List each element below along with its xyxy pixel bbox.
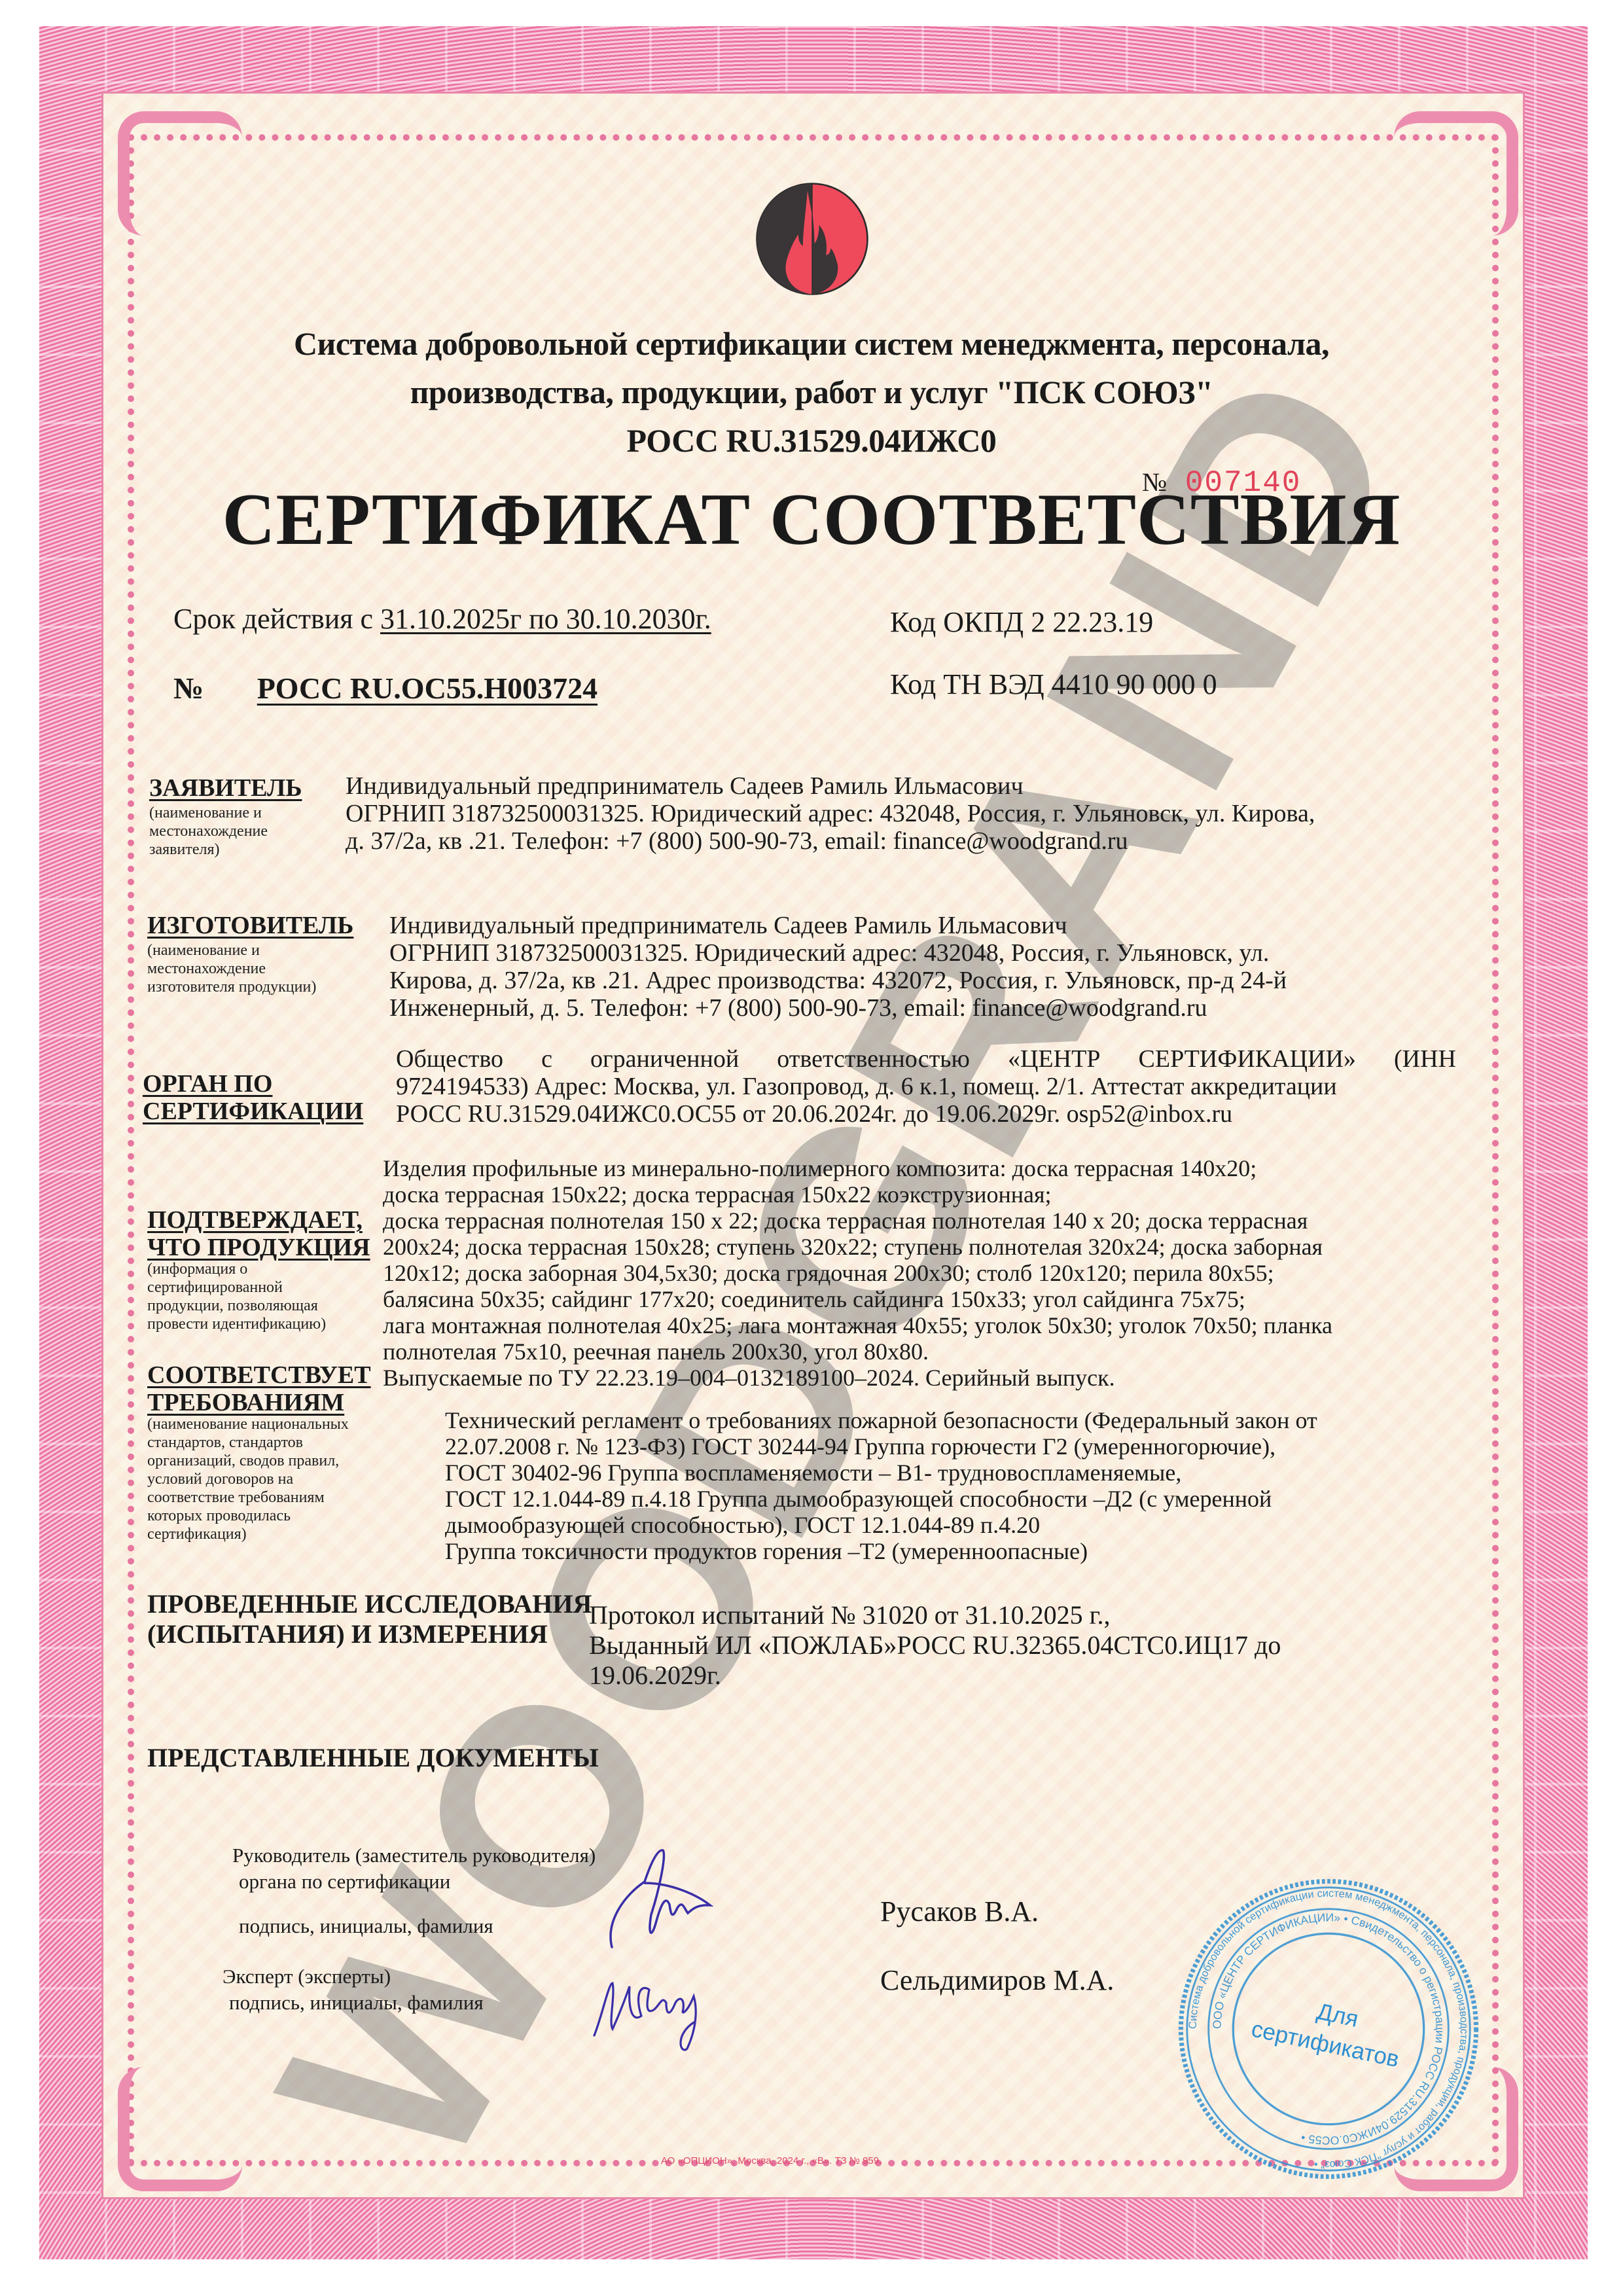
product-label: ПОДТВЕРЖДАЕТ, ЧТО ПРОДУКЦИЯ — [147, 1206, 370, 1261]
label-line: (ИСПЫТАНИЯ) И ИЗМЕРЕНИЯ — [147, 1619, 592, 1649]
sig-label-line: Руководитель (заместитель руководителя) — [232, 1842, 596, 1869]
manufacturer-label: ИЗГОТОВИТЕЛЬ — [147, 912, 353, 939]
svg-text:ООО «ЦЕНТР СЕРТИФИКАЦИИ» • Сви: ООО «ЦЕНТР СЕРТИФИКАЦИИ» • Свидетельство… — [1210, 1910, 1446, 2147]
svg-text:Система добровольной сертифика: Система добровольной сертификации систем… — [1187, 1888, 1470, 2170]
org-line-1: Система добровольной сертификации систем… — [196, 319, 1427, 368]
label-line: СЕРТИФИКАЦИИ — [143, 1098, 363, 1125]
manufacturer-sublabel: (наименование и местонахождение изготови… — [147, 941, 316, 996]
validity-dates: 31.10.2025г по 30.10.2030г. — [380, 603, 711, 635]
product-line: 200х24; доска террасная 150х28; ступень … — [383, 1234, 1482, 1260]
requirements-line: 22.07.2008 г. № 123-ФЗ) ГОСТ 30244-94 Гр… — [445, 1433, 1466, 1460]
expert-signature — [589, 1957, 726, 2055]
sublabel-line: (информация о — [147, 1260, 326, 1278]
cert-body-label: ОРГАН ПО СЕРТИФИКАЦИИ — [143, 1070, 363, 1125]
applicant-details: Индивидуальный предприниматель Садеев Ра… — [346, 772, 1458, 855]
validity-prefix: Срок действия с — [173, 603, 373, 635]
head-signature — [586, 1842, 717, 1954]
documents-label: ПРЕДСТАВЛЕННЫЕ ДОКУМЕНТЫ — [147, 1744, 599, 1772]
sublabel-line: изготовителя продукции) — [147, 978, 316, 996]
requirements-line: ГОСТ 30402-96 Группа воспламеняемости – … — [445, 1460, 1466, 1486]
applicant-label: ЗАЯВИТЕЛЬ — [149, 774, 302, 802]
tnved-code: Код ТН ВЭД 4410 90 000 0 — [890, 668, 1217, 701]
stamp-center-line-1: Для — [1315, 1999, 1361, 2032]
label-line: ОРГАН ПО — [143, 1070, 363, 1098]
tests-details: Протокол испытаний № 31020 от 31.10.2025… — [589, 1600, 1472, 1691]
head-name: Русаков В.А. — [880, 1895, 1039, 1928]
sublabel-line: стандартов, стандартов — [147, 1433, 349, 1452]
head-signature-label: Руководитель (заместитель руководителя) … — [232, 1842, 596, 1939]
page-title: СЕРТИФИКАТ СООТВЕТСТВИЯ — [183, 478, 1440, 562]
product-description: Изделия профильные из минерально-полимер… — [383, 1155, 1482, 1391]
requirements-line: ГОСТ 12.1.044-89 п.4.18 Группа дымообраз… — [445, 1486, 1466, 1512]
validity-period: Срок действия с 31.10.2025г по 30.10.203… — [173, 602, 711, 636]
sublabel-line: заявителя) — [149, 840, 268, 859]
okpd-code: Код ОКПД 2 22.23.19 — [890, 605, 1153, 639]
tests-line: 19.06.2029г. — [589, 1660, 1472, 1691]
sig-label-line: Эксперт (эксперты) — [223, 1964, 484, 1990]
sublabel-line: местонахождение — [149, 822, 268, 840]
product-line: лага монтажная полнотелая 40х25; лага мо… — [383, 1312, 1482, 1338]
certificate-number-prefix: № — [173, 672, 204, 705]
sig-label-line: органа по сертификации — [239, 1869, 596, 1895]
label-line: СООТВЕТСТВУЕТ — [147, 1361, 371, 1389]
expert-signature-label: Эксперт (эксперты) подпись, инициалы, фа… — [223, 1964, 484, 2016]
sublabel-line: сертификация) — [147, 1525, 349, 1543]
sublabel-line: продукции, позволяющая — [147, 1297, 326, 1315]
manufacturer-line: Индивидуальный предприниматель Садеев Ра… — [389, 912, 1469, 939]
label-line: ЧТО ПРОДУКЦИЯ — [147, 1234, 370, 1261]
expert-name: Сельдимиров М.А. — [880, 1964, 1114, 1997]
cert-body-line: Общество с ограниченной ответственностью… — [396, 1045, 1456, 1073]
sublabel-line: которых проводилась — [147, 1507, 349, 1525]
sublabel-line: (наименование национальных — [147, 1415, 349, 1433]
manufacturer-line: ОГРНИП 318732500031325. Юридический адре… — [389, 939, 1469, 967]
sublabel-line: местонахождение — [147, 960, 316, 978]
product-line: доска террасная полнотелая 150 х 22; дос… — [383, 1208, 1482, 1234]
tests-line: Протокол испытаний № 31020 от 31.10.2025… — [589, 1600, 1472, 1630]
sig-label-line: подпись, инициалы, фамилия — [239, 1913, 596, 1939]
certification-system-header: Система добровольной сертификации систем… — [196, 319, 1427, 465]
certificate-number-value: РОСС RU.OC55.H003724 — [257, 672, 597, 705]
tests-line: Выданный ИЛ «ПОЖЛАБ»РОСС RU.32365.04СТС0… — [589, 1630, 1472, 1660]
sublabel-line: условий договоров на — [147, 1470, 349, 1488]
tests-label: ПРОВЕДЕННЫЕ ИССЛЕДОВАНИЯ (ИСПЫТАНИЯ) И И… — [147, 1589, 592, 1649]
label-line: ТРЕБОВАНИЯМ — [147, 1389, 371, 1416]
cert-body-details: Общество с ограниченной ответственностью… — [396, 1045, 1456, 1128]
manufacturer-details: Индивидуальный предприниматель Садеев Ра… — [389, 912, 1469, 1022]
applicant-line: ОГРНИП 318732500031325. Юридический адре… — [346, 800, 1458, 827]
sublabel-line: (наименование и — [149, 804, 268, 822]
sublabel-line: провести идентификацию) — [147, 1315, 326, 1333]
cert-body-line: РОСС RU.31529.04ИЖС0.ОС55 от 20.06.2024г… — [396, 1100, 1456, 1128]
cert-body-line: 9724194533) Адрес: Москва, ул. Газопрово… — [396, 1073, 1456, 1100]
requirements-line: Группа токсичности продуктов горения –Т2… — [445, 1538, 1466, 1564]
product-sublabel: (информация о сертифицированной продукци… — [147, 1260, 326, 1333]
certificate-number: № РОСС RU.OC55.H003724 — [173, 671, 597, 706]
requirements-label: СООТВЕТСТВУЕТ ТРЕБОВАНИЯМ — [147, 1361, 371, 1416]
product-line: Выпускаемые по ТУ 22.23.19–004–013218910… — [383, 1365, 1482, 1391]
product-line: балясина 50х35; сайдинг 177х20; соединит… — [383, 1286, 1482, 1312]
product-line: Изделия профильные из минерально-полимер… — [383, 1155, 1482, 1181]
applicant-line: Индивидуальный предприниматель Садеев Ра… — [346, 772, 1458, 800]
sublabel-line: (наименование и — [147, 941, 316, 960]
sig-label-line: подпись, инициалы, фамилия — [229, 1990, 484, 2016]
product-line: полнотелая 75х10, реечная панель 200х30,… — [383, 1338, 1482, 1365]
stamp-outer-ring-text: Система добровольной сертификации систем… — [1187, 1888, 1470, 2170]
manufacturer-line: Кирова, д. 37/2а, кв .21. Адрес производ… — [389, 967, 1469, 994]
sublabel-line: сертифицированной — [147, 1278, 326, 1297]
product-line: 120х12; доска заборная 304,5х30; доска г… — [383, 1260, 1482, 1286]
org-line-2: производства, продукции, работ и услуг "… — [196, 368, 1427, 416]
official-stamp: Система добровольной сертификации систем… — [1175, 1875, 1482, 2183]
label-line: ПРОВЕДЕННЫЕ ИССЛЕДОВАНИЯ — [147, 1589, 592, 1619]
product-line: доска террасная 150х22; доска террасная … — [383, 1181, 1482, 1208]
sublabel-line: организаций, сводов правил, — [147, 1452, 349, 1470]
certificate-content: Система добровольной сертификации систем… — [0, 0, 1623, 2296]
requirements-details: Технический регламент о требованиях пожа… — [445, 1407, 1466, 1564]
sublabel-line: соответствие требованиям — [147, 1488, 349, 1507]
stamp-inner-ring-text: ООО «ЦЕНТР СЕРТИФИКАЦИИ» • Свидетельство… — [1210, 1910, 1446, 2147]
manufacturer-line: Инженерный, д. 5. Телефон: +7 (800) 500-… — [389, 994, 1469, 1022]
flame-emblem-icon — [755, 181, 870, 296]
applicant-sublabel: (наименование и местонахождение заявител… — [149, 804, 268, 859]
requirements-sublabel: (наименование национальных стандартов, с… — [147, 1415, 349, 1543]
applicant-line: д. 37/2а, кв .21. Телефон: +7 (800) 500-… — [346, 827, 1458, 855]
requirements-line: Технический регламент о требованиях пожа… — [445, 1407, 1466, 1433]
label-line: ПОДТВЕРЖДАЕТ, — [147, 1206, 370, 1234]
org-registration: РОСС RU.31529.04ИЖС0 — [196, 416, 1427, 465]
requirements-line: дымообразующей способностью), ГОСТ 12.1.… — [445, 1512, 1466, 1538]
printer-imprint: АО «ОПЦИОН», Москва, 2024 г., «В». ТЗ № … — [661, 2155, 882, 2166]
